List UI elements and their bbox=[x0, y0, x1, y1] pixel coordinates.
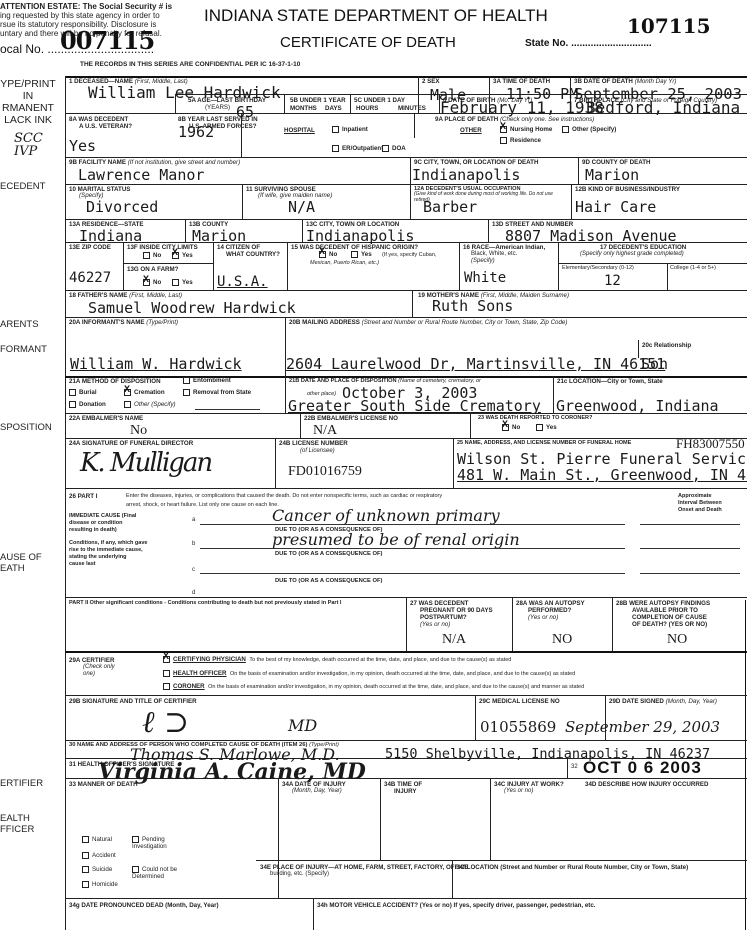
certifier-label: 29a CERTIFIER bbox=[69, 657, 115, 664]
residence-state-value[interactable]: Indiana bbox=[79, 228, 142, 244]
father-name-value[interactable]: Samuel Woodrew Hardwick bbox=[88, 300, 296, 316]
coroner-option[interactable]: CORONER On the basis of examination and/… bbox=[163, 683, 584, 690]
state-number-label: State No. ............................. bbox=[525, 38, 652, 49]
option-label: No bbox=[329, 251, 337, 258]
burial-checkbox[interactable] bbox=[69, 389, 76, 396]
agency-title: INDIANA STATE DEPARTMENT OF HEALTH bbox=[204, 6, 548, 26]
label-line: PREGNANT OR 90 DAYS bbox=[410, 607, 493, 614]
residence-city-value[interactable]: Indianapolis bbox=[306, 228, 414, 244]
part-1-label: 26 PART I bbox=[69, 493, 97, 500]
city-of-death-value[interactable]: Indianapolis bbox=[412, 167, 520, 183]
disposition-location-value[interactable]: Greenwood, Indiana bbox=[556, 398, 719, 414]
homicide-option[interactable]: Homicide bbox=[82, 881, 118, 888]
embalmer-license-label: 22b EMBALMER'S LICENSE NO bbox=[304, 415, 398, 422]
funeral-director-signature-label: 24a SIGNATURE OF FUNERAL DIRECTOR bbox=[69, 440, 193, 447]
option-label: DOA bbox=[392, 145, 406, 152]
health-officer-checkbox[interactable] bbox=[163, 670, 170, 677]
label-line: disease or condition bbox=[69, 520, 136, 527]
side-label-line: AUSE OF bbox=[0, 552, 42, 563]
zip-value[interactable]: 46227 bbox=[69, 270, 111, 286]
undetermined-checkbox[interactable] bbox=[132, 866, 139, 873]
elementary-label: Elementary/Secondary (0-12) bbox=[562, 265, 634, 272]
other-label: OTHER bbox=[460, 127, 482, 134]
attention-line-2: ing requested by this state agency in or… bbox=[0, 11, 185, 20]
residence-checkbox[interactable] bbox=[500, 137, 507, 144]
coroner-label: 23 WAS DEATH REPORTED TO CORONER? bbox=[478, 415, 592, 422]
farm-no-option[interactable]: No bbox=[143, 279, 161, 286]
option-label: Burial bbox=[79, 389, 97, 396]
cause-letter-d: d bbox=[192, 590, 195, 597]
citizen-value[interactable]: U.S.A. bbox=[217, 274, 268, 290]
city-limits-label: 13f INSIDE CITY LIMITS bbox=[127, 244, 198, 251]
filed-date-stamp: OCT 0 6 2003 bbox=[583, 758, 702, 778]
suicide-checkbox[interactable] bbox=[82, 866, 89, 873]
option-label: Cremation bbox=[134, 389, 165, 396]
cause-a-value[interactable]: Cancer of unknown primary bbox=[272, 506, 500, 525]
part-1-instructions-2: arrest, shock, or heart failure. List on… bbox=[126, 502, 279, 509]
state-number-stamp: 107115 bbox=[627, 14, 711, 38]
education-label: 17 DECEDENT'S EDUCATION bbox=[600, 244, 686, 251]
due-to-b: DUE TO (OR AS A CONSEQUENCE OF) bbox=[275, 551, 382, 558]
pregnant-value[interactable]: N/A bbox=[442, 632, 466, 648]
certifying-physician-option[interactable]: CERTIFYING PHYSICIAN To the best of my k… bbox=[163, 656, 511, 663]
option-label: Nursing Home bbox=[510, 126, 552, 133]
health-officer-option[interactable]: HEALTH OFFICER On the basis of examinati… bbox=[163, 670, 575, 677]
label-text: 9a PLACE OF DEATH bbox=[435, 116, 498, 123]
city-limits-no-option[interactable]: No bbox=[143, 252, 161, 259]
city-limits-yes-option[interactable]: Yes bbox=[172, 252, 193, 259]
date-of-injury-hint: (Month, Day, Year) bbox=[292, 788, 342, 795]
natural-option[interactable]: Natural bbox=[82, 836, 112, 843]
funeral-director-signature: K. Mulligan bbox=[80, 448, 211, 478]
option-label: Yes bbox=[546, 424, 557, 431]
business-value[interactable]: Hair Care bbox=[575, 199, 656, 215]
on-farm-label: 13g ON A FARM? bbox=[127, 266, 178, 273]
label-line: 28b WERE AUTOPSY FINDINGS bbox=[616, 600, 710, 607]
label-hint: (Check only one. See instructions) bbox=[500, 116, 594, 123]
option-text: On the basis of examination and/or inves… bbox=[208, 684, 584, 690]
medical-license-label: 29c MEDICAL LICENSE NO bbox=[479, 698, 560, 705]
cause-letter-b: b bbox=[192, 541, 195, 548]
suicide-option[interactable]: Suicide bbox=[82, 866, 112, 873]
other-specify-option[interactable]: Other (Specify) bbox=[562, 126, 616, 133]
cause-letter-a: a bbox=[192, 517, 195, 524]
director-license-hint: (of Licensee) bbox=[300, 448, 335, 455]
inpatient-option[interactable]: Inpatient bbox=[332, 126, 368, 133]
college-label: College (1-4 or 5+) bbox=[670, 265, 716, 272]
other-disposition-option[interactable]: Other (Specify) bbox=[124, 401, 176, 408]
hint-line: one) bbox=[83, 671, 115, 678]
occupation-value[interactable]: Barber bbox=[423, 199, 477, 215]
autopsy-findings-label: 28b WERE AUTOPSY FINDINGS AVAILABLE PRIO… bbox=[616, 600, 710, 628]
label-hint: (Street and Number or Rural Route Number… bbox=[362, 319, 568, 326]
certifier-title: MD bbox=[288, 716, 317, 735]
label-line: POSTPARTUM? bbox=[410, 614, 493, 621]
label-hint: (Month Day Yr) bbox=[635, 78, 677, 85]
sex-label: 2 SEX bbox=[422, 78, 440, 85]
label-hint: (If not institution, give street and num… bbox=[128, 159, 240, 166]
place-of-injury-label-2: building, etc. (Specify) bbox=[270, 871, 329, 878]
label-line: resulting in death) bbox=[69, 527, 136, 534]
option-label: Residence bbox=[510, 137, 541, 144]
hispanic-yes-option[interactable]: Yes bbox=[351, 251, 372, 258]
option-name: CERTIFYING PHYSICIAN bbox=[173, 656, 246, 663]
race-hint: (Specify) bbox=[471, 258, 495, 265]
coroner-no-checkbox[interactable] bbox=[502, 424, 509, 431]
side-label-certifier: ERTIFIER bbox=[0, 778, 43, 789]
pregnant-label: 27 WAS DECEDENT PREGNANT OR 90 DAYS POST… bbox=[410, 600, 493, 628]
race-label-2: Black, White, etc. bbox=[471, 251, 517, 258]
year-served-value[interactable]: 1962 bbox=[178, 124, 214, 140]
option-text: To the best of my knowledge, death occur… bbox=[249, 657, 511, 663]
option-name: HEALTH OFFICER bbox=[173, 670, 227, 677]
donation-option[interactable]: Donation bbox=[69, 401, 106, 408]
part-1-instructions: Enter the diseases, injuries, or complic… bbox=[126, 493, 442, 500]
option-label: Natural bbox=[92, 836, 112, 843]
mother-name-value[interactable]: Ruth Sons bbox=[432, 298, 513, 314]
side-label-informant: FORMANT bbox=[0, 344, 47, 355]
embalmer-license-value[interactable]: N/A bbox=[313, 423, 337, 439]
option-text: On the basis of examination and/or inves… bbox=[230, 671, 575, 677]
city-of-death-label: 9c CITY, TOWN, OR LOCATION OF DEATH bbox=[414, 159, 538, 166]
side-label-health-officer: EALTH FFICER bbox=[0, 813, 34, 835]
embalmer-name-value[interactable]: No bbox=[130, 423, 147, 439]
homicide-checkbox[interactable] bbox=[82, 881, 89, 888]
other-disposition-checkbox[interactable] bbox=[124, 401, 131, 408]
nursing-home-option[interactable]: Nursing Home bbox=[500, 126, 552, 133]
pending-option[interactable]: Pending Investigation bbox=[132, 836, 182, 850]
local-number-stamp: 007115 bbox=[60, 26, 154, 55]
option-label: Inpatient bbox=[342, 126, 368, 133]
removal-checkbox[interactable] bbox=[183, 389, 190, 396]
days-label: Days bbox=[325, 105, 342, 112]
nursing-home-checkbox[interactable] bbox=[500, 126, 507, 133]
funeral-home-address[interactable]: 481 W. Main St., Greenwood, IN 46203 bbox=[457, 467, 747, 483]
label-line: (Yes or no) bbox=[410, 621, 493, 628]
label-text: 20a INFORMANT'S NAME bbox=[69, 319, 145, 326]
label-text: 9b FACILITY NAME bbox=[69, 159, 126, 166]
under-1-day-label: 5c UNDER 1 DAY bbox=[354, 97, 405, 104]
burial-option[interactable]: Burial bbox=[69, 389, 97, 396]
handwritten-margin-note: SCC IVP bbox=[14, 132, 43, 158]
spouse-value[interactable]: N/A bbox=[288, 199, 315, 215]
label-line: AVAILABLE PRIOR TO bbox=[616, 607, 710, 614]
hispanic-no-option[interactable]: No bbox=[319, 251, 337, 258]
option-label: Accident bbox=[92, 852, 116, 859]
age-hint: (Years) bbox=[205, 104, 230, 111]
county-of-death-value[interactable]: Marion bbox=[585, 167, 639, 183]
label-line: Conditions, if any, which gave bbox=[69, 540, 147, 547]
certifying-physician-checkbox[interactable] bbox=[163, 656, 170, 663]
accident-option[interactable]: Accident bbox=[82, 852, 116, 859]
option-label: No bbox=[512, 424, 520, 431]
side-label-disposition: SPOSITION bbox=[0, 422, 52, 433]
option-label: Yes bbox=[182, 279, 193, 286]
er-outpatient-checkbox[interactable] bbox=[332, 145, 339, 152]
disposition-method-label: 21a METHOD OF DISPOSITION bbox=[69, 378, 161, 385]
option-label: Other (Specify) bbox=[134, 401, 176, 408]
label-line: PERFORMED? bbox=[516, 607, 585, 614]
place-of-injury-label: 34e PLACE OF INJURY—At home, farm, stree… bbox=[260, 864, 469, 871]
hispanic-label: 15 WAS DECEDENT OF HISPANIC ORIGIN? bbox=[291, 244, 418, 251]
describe-injury-label: 34d DESCRIBE HOW INJURY OCCURRED bbox=[585, 781, 708, 788]
city-limits-yes-checkbox[interactable] bbox=[172, 252, 179, 259]
marital-status-value[interactable]: Divorced bbox=[86, 199, 158, 215]
label-line: IMMEDIATE CAUSE (Final bbox=[69, 513, 136, 520]
veteran-value[interactable]: Yes bbox=[69, 138, 96, 154]
option-label: No bbox=[153, 252, 161, 259]
informant-name-value[interactable]: William W. Hardwick bbox=[70, 356, 242, 372]
injury-at-work-hint: (Yes or no) bbox=[504, 788, 533, 795]
facility-name-value[interactable]: Lawrence Manor bbox=[78, 167, 204, 183]
doa-checkbox[interactable] bbox=[382, 145, 389, 152]
side-label-cause-of-death: AUSE OF EATH bbox=[0, 552, 42, 574]
under-1-year-label: 5b UNDER 1 YEAR bbox=[290, 97, 346, 104]
label-text: 18 FATHER'S NAME bbox=[69, 292, 127, 299]
birthplace-value[interactable]: Bedford, Indiana bbox=[586, 100, 740, 116]
zip-label: 13e ZIP CODE bbox=[69, 244, 111, 251]
months-label: Months bbox=[290, 105, 317, 112]
side-label-parents: ARENTS bbox=[0, 319, 39, 330]
inpatient-checkbox[interactable] bbox=[332, 126, 339, 133]
option-label: Other (Specify) bbox=[572, 126, 616, 133]
minutes-label: Minutes bbox=[398, 105, 426, 112]
label-line: OF DEATH? (Yes or no) bbox=[616, 621, 710, 628]
option-label: Yes bbox=[361, 251, 372, 258]
immediate-cause-label: IMMEDIATE CAUSE (Final disease or condit… bbox=[69, 513, 136, 534]
option-label: Donation bbox=[79, 401, 106, 408]
option-label: No bbox=[153, 279, 161, 286]
director-license-label: 24b LICENSE NUMBER bbox=[279, 440, 348, 447]
side-label-line: IN bbox=[0, 90, 56, 102]
education-value[interactable]: 12 bbox=[604, 273, 621, 289]
hours-label: Hours bbox=[356, 105, 378, 112]
veteran-label: 8a WAS DECEDENT bbox=[69, 116, 128, 123]
coroner-yes-checkbox[interactable] bbox=[536, 424, 543, 431]
label-text: 29d DATE SIGNED bbox=[609, 698, 664, 705]
side-label-line: EATH bbox=[0, 563, 42, 574]
label-line: stating the underlying bbox=[69, 554, 147, 561]
cause-b-value[interactable]: presumed to be of renal origin bbox=[272, 530, 520, 549]
doa-option[interactable]: DOA bbox=[382, 145, 406, 152]
hospital-label: HOSPITAL bbox=[284, 127, 315, 134]
label-hint: (Month, Day, Year) bbox=[666, 698, 717, 705]
education-hint: (Specify only highest grade completed) bbox=[580, 251, 684, 258]
residence-option[interactable]: Residence bbox=[500, 137, 541, 144]
label-line: COMPLETION OF CAUSE bbox=[616, 614, 710, 621]
funeral-home-name[interactable]: Wilson St. Pierre Funeral Service bbox=[457, 451, 747, 467]
side-label-line: RMANENT bbox=[0, 102, 56, 114]
race-value[interactable]: White bbox=[464, 270, 506, 286]
interval-line: Onset and Death bbox=[678, 507, 722, 514]
side-label-line: FFICER bbox=[0, 824, 34, 835]
conditions-label: Conditions, if any, which gave rise to t… bbox=[69, 540, 147, 568]
label-text: 3b DATE OF DEATH bbox=[574, 78, 633, 85]
option-label: Yes bbox=[182, 252, 193, 259]
other-specify-checkbox[interactable] bbox=[562, 126, 569, 133]
entombment-checkbox[interactable] bbox=[183, 377, 190, 384]
age-label: 5a AGE—Last Birthday bbox=[188, 97, 266, 104]
facility-name-label: 9b FACILITY NAME (If not institution, gi… bbox=[69, 159, 240, 166]
entombment-option[interactable]: Entombment bbox=[183, 377, 231, 384]
relationship-value[interactable]: Son bbox=[641, 356, 668, 372]
medical-license-value[interactable]: 01055869 bbox=[480, 718, 556, 736]
embalmer-name-label: 22a EMBALMER'S NAME bbox=[69, 415, 143, 422]
confidential-notice: THE RECORDS IN THIS SERIES ARE CONFIDENT… bbox=[80, 61, 300, 68]
option-label: ER/Outpatient bbox=[342, 145, 383, 152]
relationship-label: 20c Relationship bbox=[642, 342, 691, 349]
citizen-label-2: WHAT COUNTRY? bbox=[226, 251, 280, 258]
accident-checkbox[interactable] bbox=[82, 852, 89, 859]
farm-yes-checkbox[interactable] bbox=[172, 279, 179, 286]
informant-name-label: 20a INFORMANT'S NAME (Type/Print) bbox=[69, 319, 178, 326]
date-signed-value[interactable]: September 29, 2003 bbox=[565, 718, 720, 736]
year-served-label: 8b YEAR LAST SERVED IN bbox=[178, 116, 258, 123]
label-hint: (First, Middle, Last) bbox=[129, 292, 182, 299]
hispanic-no-checkbox[interactable] bbox=[319, 251, 326, 258]
coroner-checkbox[interactable] bbox=[163, 683, 170, 690]
label-line: 27 WAS DECEDENT bbox=[410, 600, 493, 607]
street-value[interactable]: 8807 Madison Avenue bbox=[505, 228, 677, 244]
side-label-decedent: ECEDENT bbox=[0, 181, 45, 192]
funeral-home-label: 25 NAME, ADDRESS, AND LICENSE NUMBER OF … bbox=[457, 440, 631, 447]
date-signed-label: 29d DATE SIGNED (Month, Day, Year) bbox=[609, 698, 717, 705]
cremation-option[interactable]: Cremation bbox=[124, 389, 165, 396]
natural-checkbox[interactable] bbox=[82, 836, 89, 843]
hispanic-hint: (If yes, specify Cuban, bbox=[382, 252, 436, 259]
place-of-death-label: 9a PLACE OF DEATH (Check only one. See i… bbox=[435, 116, 594, 123]
label-line: rise to the immediate cause, bbox=[69, 547, 147, 554]
mailing-address-label: 20b MAILING ADDRESS (Street and Number o… bbox=[289, 319, 567, 326]
city-limits-no-checkbox[interactable] bbox=[143, 252, 150, 259]
manner-of-death-label: 33 MANNER OF DEATH bbox=[69, 781, 138, 788]
pending-checkbox[interactable] bbox=[132, 836, 139, 843]
interval-line: Approximate bbox=[678, 493, 722, 500]
removal-option[interactable]: Removal from State bbox=[183, 389, 251, 396]
side-label-line: YPE/PRINT bbox=[0, 78, 56, 90]
option-label: Entombment bbox=[193, 377, 231, 384]
option-label: Homicide bbox=[92, 881, 118, 888]
autopsy-findings-value[interactable]: NO bbox=[667, 632, 687, 648]
option-label: Suicide bbox=[92, 866, 112, 873]
side-label-line: LACK INK bbox=[0, 114, 56, 126]
label-line: cause last bbox=[69, 561, 147, 568]
label-line: (Yes or no) bbox=[516, 614, 585, 621]
race-label: 16 RACE—American Indian, bbox=[463, 244, 545, 251]
injury-at-work-label: 34c INJURY AT WORK? bbox=[494, 781, 564, 788]
option-label: Removal from State bbox=[193, 389, 251, 396]
injury-location-label: 34f LOCATION (Street and Number or Rural… bbox=[456, 864, 688, 871]
date-of-injury-label: 34a DATE OF INJURY bbox=[282, 781, 346, 788]
farm-yes-option[interactable]: Yes bbox=[172, 279, 193, 286]
label-hint: (Type/Print) bbox=[146, 319, 178, 326]
certifier-hint: (Check only one) bbox=[83, 664, 115, 678]
citizen-label: 14 CITIZEN OF bbox=[217, 244, 260, 251]
autopsy-value[interactable]: NO bbox=[552, 632, 572, 648]
date-of-death-label: 3b DATE OF DEATH (Month Day Yr) bbox=[574, 78, 676, 85]
autopsy-label: 28a WAS AN AUTOPSY PERFORMED? (Yes or no… bbox=[516, 600, 585, 621]
label-text: 20b MAILING ADDRESS bbox=[289, 319, 360, 326]
mailing-address-value[interactable]: 2604 Laurelwood Dr, Martinsville, IN 461… bbox=[286, 356, 665, 372]
label-line: 28a WAS AN AUTOPSY bbox=[516, 600, 585, 607]
time-of-injury-label-2: INJURY bbox=[394, 788, 416, 795]
er-outpatient-option[interactable]: ER/Outpatient bbox=[332, 145, 383, 152]
disposition-location-label: 21c LOCATION—City or Town, State bbox=[557, 378, 663, 385]
director-license-value[interactable]: FD01016759 bbox=[288, 464, 362, 480]
type-print-instruction: YPE/PRINT IN RMANENT LACK INK bbox=[0, 78, 56, 126]
county-of-death-label: 9d COUNTY OF DEATH bbox=[582, 159, 651, 166]
option-name: CORONER bbox=[173, 683, 205, 690]
form-title: CERTIFICATE OF DEATH bbox=[280, 34, 456, 51]
cremation-checkbox[interactable] bbox=[124, 389, 131, 396]
hispanic-yes-checkbox[interactable] bbox=[351, 251, 358, 258]
time-of-injury-label: 34b TIME OF bbox=[384, 781, 422, 788]
due-to-c: DUE TO (OR AS A CONSEQUENCE OF) bbox=[275, 578, 382, 585]
side-label-line: EALTH bbox=[0, 813, 34, 824]
motor-vehicle-label: 34h MOTOR VEHICLE ACCIDENT? (Yes or no) … bbox=[317, 902, 596, 909]
father-name-label: 18 FATHER'S NAME (First, Middle, Last) bbox=[69, 292, 182, 299]
coroner-yes-option[interactable]: Yes bbox=[536, 424, 557, 431]
veteran-label-2: A U.S. VETERAN? bbox=[79, 123, 132, 130]
coroner-no-option[interactable]: No bbox=[502, 424, 520, 431]
hint-line: (Check only bbox=[83, 664, 115, 671]
pronounced-dead-label: 34g DATE PRONOUNCED DEAD (Month, Day, Ye… bbox=[69, 902, 219, 909]
attention-line-1: ATTENTION ESTATE: The Social Security # … bbox=[0, 2, 185, 11]
interval-header: Approximate Interval Between Onset and D… bbox=[678, 493, 722, 514]
farm-no-checkbox[interactable] bbox=[143, 279, 150, 286]
cause-letter-c: c bbox=[192, 567, 195, 574]
part-2-label: PART II Other significant conditions - C… bbox=[69, 600, 341, 607]
certifier-signature-mark: ℓ ⊃ bbox=[142, 705, 189, 740]
business-label: 12b KIND OF BUSINESS/INDUSTRY bbox=[575, 186, 680, 193]
interval-line: Interval Between bbox=[678, 500, 722, 507]
disposition-place-value[interactable]: Greater South Side Crematory bbox=[288, 398, 541, 414]
residence-county-value[interactable]: Marion bbox=[192, 228, 246, 244]
certifier-signature-label: 29b SIGNATURE AND TITLE OF CERTIFIER bbox=[69, 698, 197, 705]
undetermined-option[interactable]: Could not be Determined bbox=[132, 866, 187, 880]
donation-checkbox[interactable] bbox=[69, 401, 76, 408]
item-32-label: 32 bbox=[571, 764, 578, 771]
time-of-death-label: 3a TIME OF DEATH bbox=[493, 78, 550, 85]
hispanic-hint-2: Mexican, Puerto Rican, etc.) bbox=[310, 260, 379, 267]
